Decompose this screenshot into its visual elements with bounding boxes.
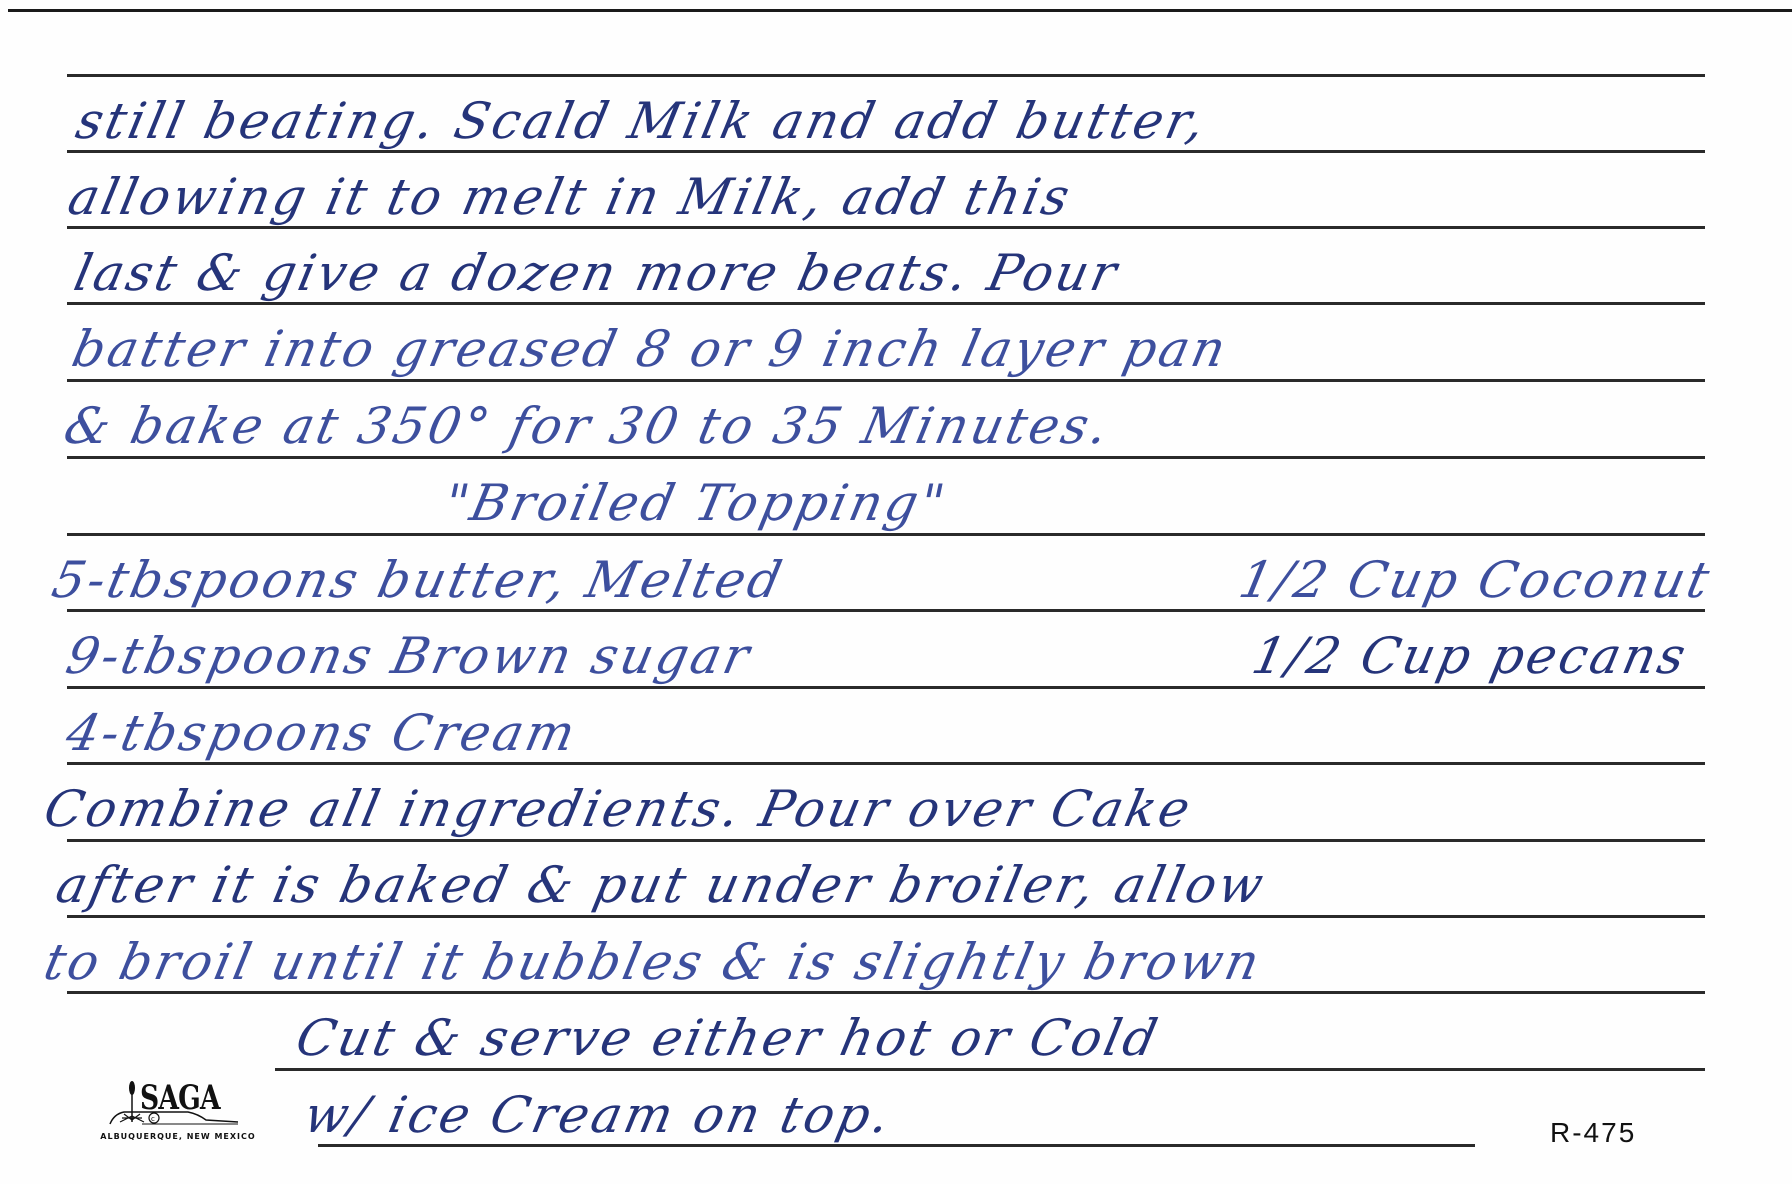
handwritten-line-combine: Combine all ingredients. Pour over Cake: [40, 784, 1197, 834]
form-code: R-475: [1550, 1117, 1636, 1149]
publisher-name: SAGA: [140, 1078, 220, 1118]
ingredient-butter: 5-tbspoons butter, Melted: [48, 555, 789, 605]
recipe-card: still beating. Scald Milk and add butter…: [0, 0, 1792, 1184]
ruled-line: [67, 533, 1705, 536]
ingredient-pecans: 1/2 Cup pecans: [1248, 631, 1693, 681]
handwritten-line-serve: Cut & serve either hot or Cold: [292, 1013, 1164, 1063]
handwritten-line-4: batter into greased 8 or 9 inch layer pa…: [68, 324, 1233, 374]
handwritten-line-broil: to broil until it bubbles & is slightly …: [40, 937, 1266, 987]
ruled-line: [67, 379, 1705, 382]
ruled-line: [275, 1068, 1705, 1071]
ruled-line: [67, 302, 1705, 305]
handwritten-line-5: & bake at 350° for 30 to 35 Minutes.: [60, 401, 1115, 451]
ruled-line: [67, 456, 1705, 459]
ingredient-cream: 4-tbspoons Cream: [62, 708, 582, 758]
ruled-line: [67, 839, 1705, 842]
handwritten-line-after: after it is baked & put under broiler, a…: [52, 860, 1270, 910]
publisher-logo: c SAGA ALBUQUERQUE, NEW MEXICO: [98, 1078, 258, 1148]
ruled-line: [67, 150, 1705, 153]
ruled-line: [67, 915, 1705, 918]
handwritten-line-3: last & give a dozen more beats. Pour: [70, 248, 1124, 298]
ingredient-coconut: 1/2 Cup Coconut: [1235, 555, 1716, 605]
ruled-line: [318, 1144, 1475, 1147]
publisher-location: ALBUQUERQUE, NEW MEXICO: [98, 1132, 258, 1141]
ruled-line: [67, 686, 1705, 689]
ruled-line: [67, 226, 1705, 229]
topping-heading: "Broiled Topping": [440, 478, 952, 528]
ruled-line: [67, 74, 1705, 77]
handwritten-line-1: still beating. Scald Milk and add butter…: [72, 96, 1212, 146]
card-top-border: [8, 9, 1792, 12]
ruled-line: [67, 991, 1705, 994]
ruled-line: [67, 609, 1705, 612]
handwritten-line-icecream: w/ ice Cream on top.: [300, 1090, 897, 1140]
ruled-line: [67, 762, 1705, 765]
handwritten-line-2: allowing it to melt in Milk, add this: [64, 172, 1076, 222]
ingredient-brown-sugar: 9-tbspoons Brown sugar: [62, 631, 756, 681]
